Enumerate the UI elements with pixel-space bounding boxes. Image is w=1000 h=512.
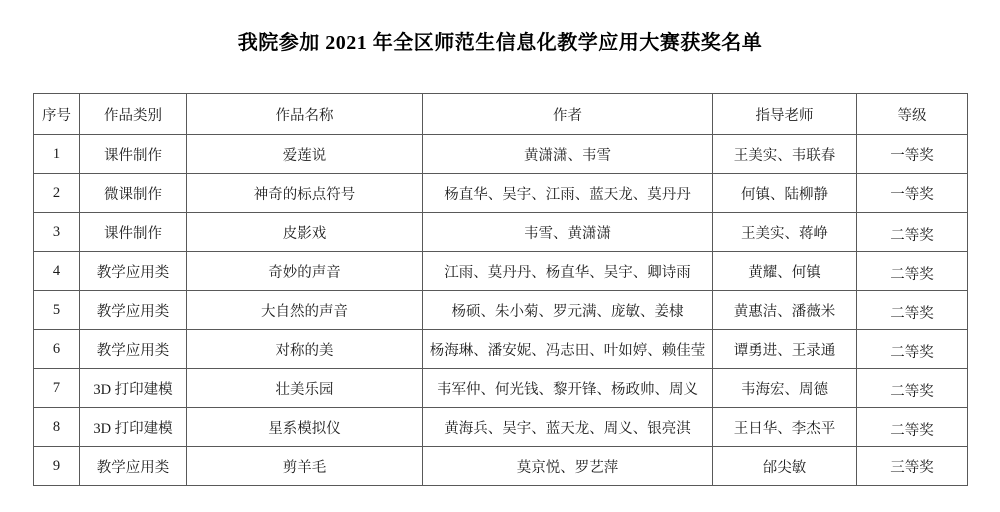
cell-work: 皮影戏 [187,213,423,252]
cell-authors: 韦雪、黄潇潇 [423,213,713,252]
cell-work: 对称的美 [187,330,423,369]
cell-no: 6 [34,330,80,369]
header-no: 序号 [34,94,80,135]
cell-teachers: 何镇、陆柳静 [713,174,857,213]
table-row: 2 微课制作 神奇的标点符号 杨直华、吴宇、江雨、蓝天龙、莫丹丹 何镇、陆柳静 … [34,174,968,213]
cell-grade: 三等奖 [857,447,968,486]
header-category: 作品类别 [80,94,187,135]
cell-teachers: 黄惠洁、潘薇米 [713,291,857,330]
table-header-row: 序号 作品类别 作品名称 作者 指导老师 等级 [34,94,968,135]
table-row: 1 课件制作 爱莲说 黄潇潇、韦雪 王美实、韦联春 一等奖 [34,135,968,174]
cell-grade: 二等奖 [857,330,968,369]
cell-grade: 二等奖 [857,369,968,408]
cell-grade: 一等奖 [857,174,968,213]
cell-category: 课件制作 [80,135,187,174]
cell-grade: 二等奖 [857,252,968,291]
cell-grade: 一等奖 [857,135,968,174]
cell-teachers: 韦海宏、周德 [713,369,857,408]
cell-category: 教学应用类 [80,330,187,369]
cell-no: 4 [34,252,80,291]
cell-no: 7 [34,369,80,408]
cell-work: 壮美乐园 [187,369,423,408]
cell-category: 课件制作 [80,213,187,252]
table-row: 7 3D 打印建模 壮美乐园 韦军仲、何光钱、黎开锋、杨政帅、周义 韦海宏、周德… [34,369,968,408]
cell-work: 剪羊毛 [187,447,423,486]
cell-category: 3D 打印建模 [80,408,187,447]
cell-authors: 黄海兵、吴宇、蓝天龙、周义、银亮淇 [423,408,713,447]
header-teachers: 指导老师 [713,94,857,135]
cell-teachers: 王美实、韦联春 [713,135,857,174]
cell-work: 大自然的声音 [187,291,423,330]
table-row: 3 课件制作 皮影戏 韦雪、黄潇潇 王美实、蒋峥 二等奖 [34,213,968,252]
cell-category: 教学应用类 [80,291,187,330]
document-page: 我院参加 2021 年全区师范生信息化教学应用大赛获奖名单 序号 作品类别 作品… [0,0,1000,512]
cell-teachers: 邰尖敏 [713,447,857,486]
cell-no: 5 [34,291,80,330]
cell-work: 星系模拟仪 [187,408,423,447]
cell-authors: 莫京悦、罗艺萍 [423,447,713,486]
cell-authors: 江雨、莫丹丹、杨直华、吴宇、卿诗雨 [423,252,713,291]
header-authors: 作者 [423,94,713,135]
cell-authors: 杨硕、朱小菊、罗元满、庞敏、姜棣 [423,291,713,330]
header-grade: 等级 [857,94,968,135]
table-row: 5 教学应用类 大自然的声音 杨硕、朱小菊、罗元满、庞敏、姜棣 黄惠洁、潘薇米 … [34,291,968,330]
cell-no: 9 [34,447,80,486]
cell-grade: 二等奖 [857,291,968,330]
cell-no: 3 [34,213,80,252]
page-title: 我院参加 2021 年全区师范生信息化教学应用大赛获奖名单 [0,26,1000,55]
cell-authors: 杨海琳、潘安妮、冯志田、叶如婷、赖佳莹 [423,330,713,369]
cell-grade: 二等奖 [857,213,968,252]
cell-authors: 韦军仲、何光钱、黎开锋、杨政帅、周义 [423,369,713,408]
award-table: 序号 作品类别 作品名称 作者 指导老师 等级 1 课件制作 爱莲说 黄潇潇、韦… [33,93,968,486]
cell-no: 8 [34,408,80,447]
cell-teachers: 王日华、李杰平 [713,408,857,447]
cell-teachers: 王美实、蒋峥 [713,213,857,252]
cell-teachers: 谭勇进、王录通 [713,330,857,369]
table-row: 8 3D 打印建模 星系模拟仪 黄海兵、吴宇、蓝天龙、周义、银亮淇 王日华、李杰… [34,408,968,447]
cell-work: 神奇的标点符号 [187,174,423,213]
cell-category: 3D 打印建模 [80,369,187,408]
cell-no: 2 [34,174,80,213]
table-row: 9 教学应用类 剪羊毛 莫京悦、罗艺萍 邰尖敏 三等奖 [34,447,968,486]
header-work: 作品名称 [187,94,423,135]
table-body: 1 课件制作 爱莲说 黄潇潇、韦雪 王美实、韦联春 一等奖 2 微课制作 神奇的… [34,135,968,486]
cell-grade: 二等奖 [857,408,968,447]
cell-authors: 黄潇潇、韦雪 [423,135,713,174]
cell-category: 教学应用类 [80,252,187,291]
table-row: 4 教学应用类 奇妙的声音 江雨、莫丹丹、杨直华、吴宇、卿诗雨 黄耀、何镇 二等… [34,252,968,291]
cell-no: 1 [34,135,80,174]
cell-work: 奇妙的声音 [187,252,423,291]
cell-authors: 杨直华、吴宇、江雨、蓝天龙、莫丹丹 [423,174,713,213]
table-row: 6 教学应用类 对称的美 杨海琳、潘安妮、冯志田、叶如婷、赖佳莹 谭勇进、王录通… [34,330,968,369]
cell-teachers: 黄耀、何镇 [713,252,857,291]
cell-category: 微课制作 [80,174,187,213]
cell-work: 爱莲说 [187,135,423,174]
cell-category: 教学应用类 [80,447,187,486]
